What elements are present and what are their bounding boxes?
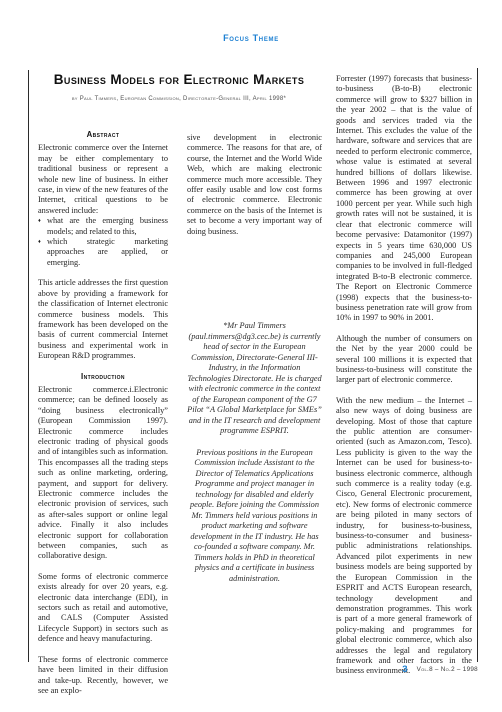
middle-column: sive development in electronic commerce.… <box>187 133 322 595</box>
right-column: Forrester (1997) forecasts that business… <box>336 74 472 687</box>
bullet-text: which strategic marketing approaches are… <box>47 237 168 268</box>
right-vertical-rule <box>477 68 478 662</box>
right-paragraph-1: Forrester (1997) forecasts that business… <box>336 74 472 324</box>
abstract-paragraph-2: This article addresses the first questio… <box>38 278 168 361</box>
intro-paragraph-2: Some forms of electronic commerce exists… <box>38 572 168 645</box>
title-block: Business Models for Electronic Markets b… <box>36 72 322 102</box>
bullet-item: ♦ which strategic marketing approaches a… <box>38 237 168 268</box>
right-paragraph-2: Although the number of consumers on the … <box>336 334 472 386</box>
focus-theme-label: Focus Theme <box>0 33 502 43</box>
left-column: Abstract Electronic commerce over the In… <box>38 130 168 706</box>
diamond-bullet-icon: ♦ <box>38 216 47 237</box>
journal-page: Focus Theme Business Models for Electron… <box>0 0 502 712</box>
volume-label: Vol.8 – No.2 – 1998 <box>417 666 478 673</box>
intro-paragraph-1: Electronic commerce.i.Electronic commerc… <box>38 385 168 562</box>
introduction-heading: Introduction <box>38 372 168 382</box>
byline: by Paul Timmers, European Commission, Di… <box>36 96 322 102</box>
abstract-intro-paragraph: Electronic commerce over the Internet ma… <box>38 143 168 216</box>
page-footer: 3 Vol.8 – No.2 – 1998 <box>0 658 478 676</box>
left-vertical-rule <box>28 70 29 662</box>
abstract-bullet-list: ♦ what are the emerging business models;… <box>38 216 168 268</box>
abstract-heading: Abstract <box>38 130 168 140</box>
right-paragraph-3: With the new medium – the Internet – als… <box>336 396 472 677</box>
bullet-text: what are the emerging business models; a… <box>47 216 168 237</box>
page-title: Business Models for Electronic Markets <box>36 72 322 87</box>
page-number: 3 <box>402 664 407 675</box>
diamond-bullet-icon: ♦ <box>38 237 47 268</box>
author-bio-paragraph-1: *Mr Paul Timmers (paul.timmers@dg3.cec.b… <box>187 321 322 437</box>
author-bio: *Mr Paul Timmers (paul.timmers@dg3.cec.b… <box>187 321 322 584</box>
author-bio-paragraph-2: Previous positions in the European Commi… <box>187 448 322 585</box>
bullet-item: ♦ what are the emerging business models;… <box>38 216 168 237</box>
continuation-paragraph: sive development in electronic commerce.… <box>187 133 322 237</box>
